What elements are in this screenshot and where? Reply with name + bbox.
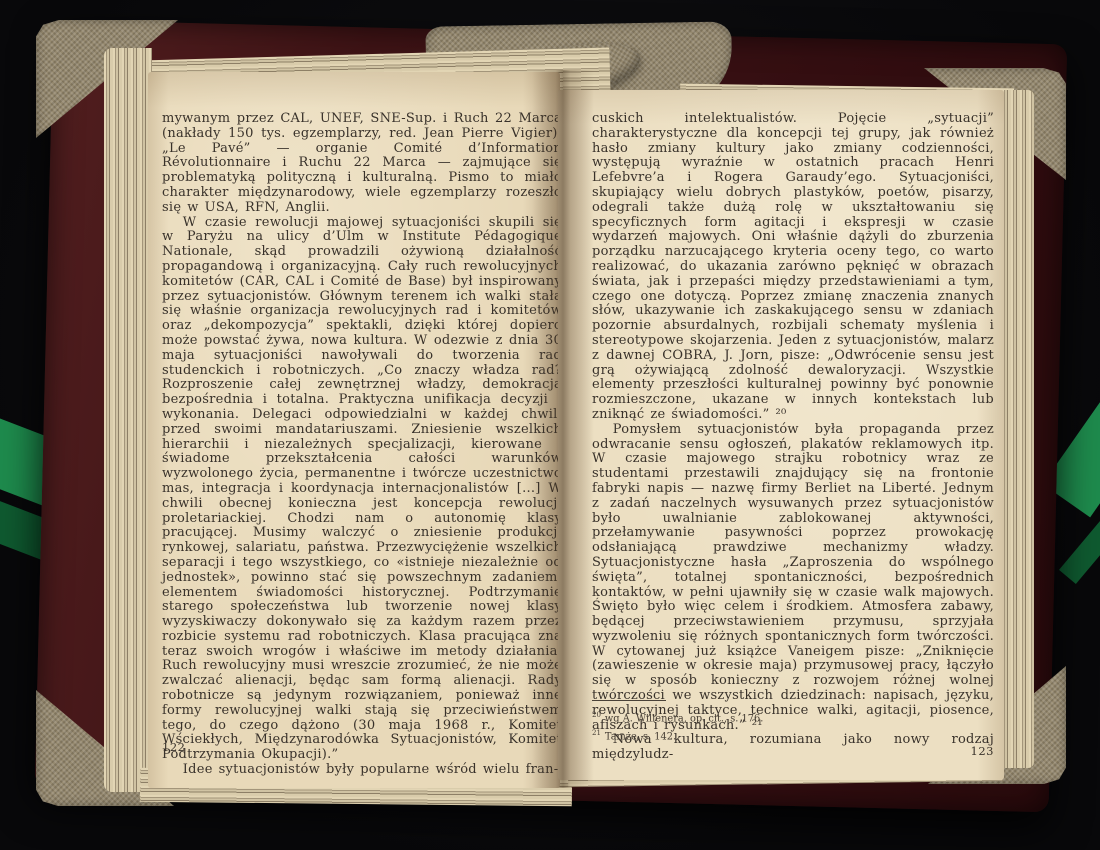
paragraph: Idee sytuacjonistów były popularne wśród… [162,763,562,778]
left-page-text: mywanym przez CAL, UNEF, SNE-Sup. i Ruch… [162,112,562,778]
footnote-text: Tamże, s. 142. [605,732,676,743]
paragraph: W czasie rewolucji majowej sytuacjoniści… [162,216,562,763]
page-number-right: 123 [592,744,994,758]
paragraph: Pomysłem sytuacjonistów była propaganda … [592,423,994,734]
footnote-marker: 21 [592,729,601,737]
footnotes: 20wg A. Willenera, op. cit., s. 176. 21T… [592,700,994,745]
paragraph: mywanym przez CAL, UNEF, SNE-Sup. i Ruch… [162,112,562,216]
footnote-rule [592,700,666,701]
footnote: 20wg A. Willenera, op. cit., s. 176. [592,708,994,726]
book: mywanym przez CAL, UNEF, SNE-Sup. i Ruch… [40,26,1064,818]
paragraph: cuskich intelektualistów. Pojęcie „sytua… [592,112,994,423]
footnote: 21Tamże, s. 142. [592,726,994,744]
left-page: mywanym przez CAL, UNEF, SNE-Sup. i Ruch… [148,72,560,788]
page-number-left: 122 [162,740,185,754]
right-page: cuskich intelektualistów. Pojęcie „sytua… [558,90,1004,780]
footnote-marker: 20 [592,711,601,719]
photo-background: mywanym przez CAL, UNEF, SNE-Sup. i Ruch… [0,0,1100,850]
footnote-text: wg A. Willenera, op. cit., s. 176. [605,713,763,724]
page-edges-left [104,48,152,792]
right-page-text: cuskich intelektualistów. Pojęcie „sytua… [592,112,994,763]
